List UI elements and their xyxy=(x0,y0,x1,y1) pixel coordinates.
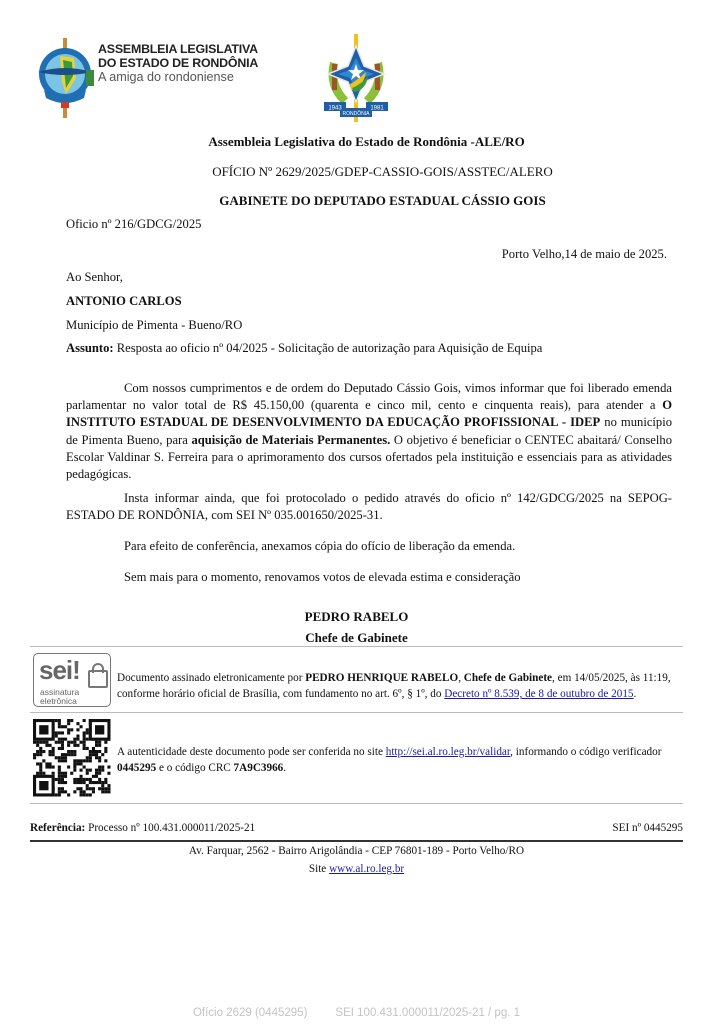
process-number: Processo nº 100.431.000011/2025-21 xyxy=(85,822,255,834)
footer-sei-page: SEI 100.431.000011/2025-21 / pg. 1 xyxy=(335,1007,520,1019)
ale-ro-emblem-icon xyxy=(30,38,100,118)
svg-text:RONDÔNIA: RONDÔNIA xyxy=(343,110,371,117)
verifier-code: 0445295 xyxy=(117,762,156,774)
page-footer: Ofício 2629 (0445295)SEI 100.431.000011/… xyxy=(0,1007,713,1019)
place-date: Porto Velho,14 de maio de 2025. xyxy=(502,247,667,262)
oficio-number: Oficio nº 216/GDCG/2025 xyxy=(66,217,201,232)
gabinete-heading: GABINETE DO DEPUTADO ESTADUAL CÁSSIO GOI… xyxy=(0,193,713,209)
validate-link[interactable]: http://sei.al.ro.leg.br/validar xyxy=(386,746,510,758)
svg-text:1943: 1943 xyxy=(328,106,342,112)
crc-code: 7A9C3966 xyxy=(234,762,284,774)
sei-signature-badge: sei! assinaturaeletrônica xyxy=(33,653,111,707)
recipient-location: Município de Pimenta - Bueno/RO xyxy=(66,318,242,333)
authenticity-text: A autenticidade deste documento pode ser… xyxy=(117,744,687,776)
p1-text-1: Com nossos cumprimentos e de ordem do De… xyxy=(66,381,672,412)
rondonia-coat-of-arms-icon: 1943 1981 RONDÔNIA xyxy=(318,32,394,124)
p1-acquisition: aquisição de Materiais Permanentes. xyxy=(191,433,390,447)
divider xyxy=(30,712,683,713)
divider xyxy=(30,803,683,804)
sei-number: SEI nº 0445295 xyxy=(612,822,683,834)
reference-label: Referência: xyxy=(30,822,85,834)
lock-icon xyxy=(88,670,108,688)
signature-name: PEDRO RABELO xyxy=(0,609,713,625)
sei-badge-caption: assinaturaeletrônica xyxy=(40,688,79,706)
site-line: Site www.al.ro.leg.br xyxy=(0,863,713,875)
subject-text: Resposta ao oficio nº 04/2025 - Solicita… xyxy=(114,341,543,355)
ale-name-line1: ASSEMBLEIA LEGISLATIVA xyxy=(98,42,258,56)
body-paragraph-1: Com nossos cumprimentos e de ordem do De… xyxy=(66,380,672,483)
body-paragraph-3: Para efeito de conferência, anexamos cóp… xyxy=(124,539,515,554)
ale-name-line2: DO ESTADO DE RONDÔNIA xyxy=(98,56,258,70)
signature-role: Chefe de Gabinete xyxy=(0,630,713,646)
footer-divider xyxy=(30,840,683,842)
divider xyxy=(30,646,683,647)
reference-line: Referência: Processo nº 100.431.000011/2… xyxy=(30,822,255,834)
assembly-heading: Assembleia Legislativa do Estado de Rond… xyxy=(0,134,713,150)
ale-name-block: ASSEMBLEIA LEGISLATIVA DO ESTADO DE ROND… xyxy=(98,42,258,85)
salutation: Ao Senhor, xyxy=(66,270,123,285)
qr-code-icon xyxy=(33,719,113,797)
decree-link[interactable]: Decreto nº 8.539, de 8 de outubro de 201… xyxy=(444,688,633,700)
svg-text:1981: 1981 xyxy=(370,106,384,112)
footer-doc-ref: Ofício 2629 (0445295) xyxy=(193,1007,307,1019)
site-link[interactable]: www.al.ro.leg.br xyxy=(329,863,404,875)
subject-line: Assunto: Resposta ao oficio nº 04/2025 -… xyxy=(66,341,542,356)
body-paragraph-4: Sem mais para o momento, renovamos votos… xyxy=(124,570,521,585)
subject-label: Assunto: xyxy=(66,341,114,355)
signer-role: Chefe de Gabinete xyxy=(464,672,552,684)
ale-slogan: A amiga do rondoniense xyxy=(98,70,258,85)
body-paragraph-2: Insta informar ainda, que foi protocolad… xyxy=(66,490,672,524)
oficio-heading: OFÍCIO Nº 2629/2025/GDEP-CASSIO-GOIS/ASS… xyxy=(0,164,713,180)
electronic-signature-text: Documento assinado eletronicamente por P… xyxy=(117,670,687,702)
recipient-name: ANTONIO CARLOS xyxy=(66,294,182,309)
sei-logo-text: sei! xyxy=(39,655,80,686)
signer-name: PEDRO HENRIQUE RABELO xyxy=(305,672,458,684)
address-line: Av. Farquar, 2562 - Bairro Arigolândia -… xyxy=(0,845,713,857)
